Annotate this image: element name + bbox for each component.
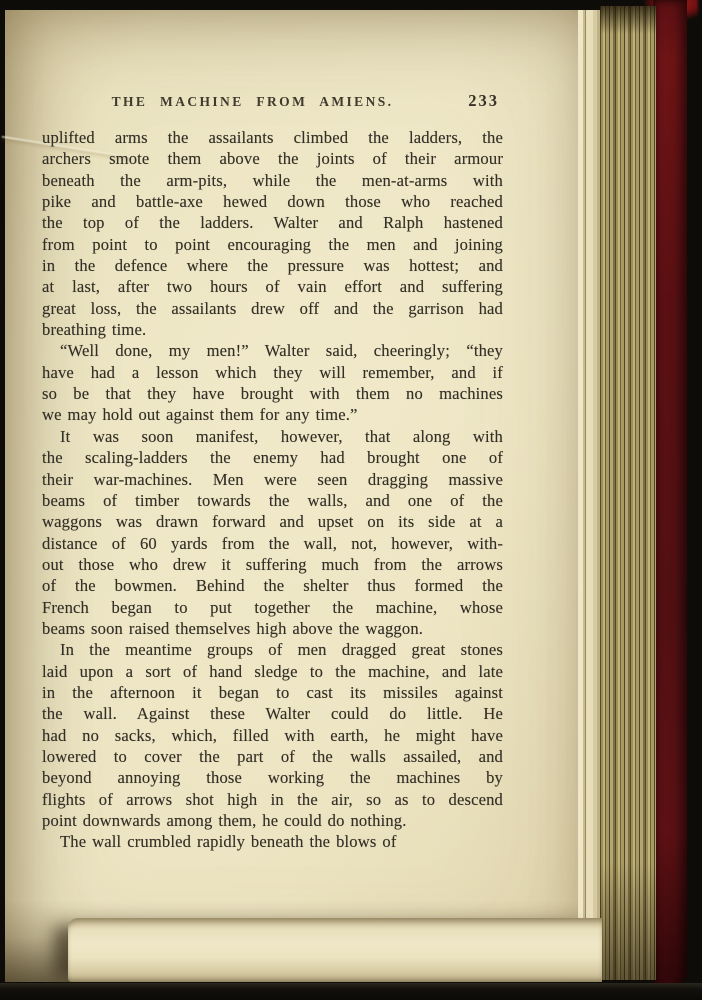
text-line: beyond annoying those working the machin…	[42, 767, 503, 788]
text-line: French began to put together the machine…	[42, 597, 503, 618]
text-line: flights of arrows shot high in the air, …	[42, 789, 503, 810]
text-line: the wall. Against these Walter could do …	[42, 703, 503, 724]
text-line: in the afternoon it began to cast its mi…	[42, 682, 503, 703]
text-line: in the defence where the pressure was ho…	[42, 255, 503, 276]
text-line: uplifted arms the assailants climbed the…	[42, 127, 503, 148]
text-line: The wall crumbled rapidly beneath the bl…	[42, 831, 503, 852]
page-body: uplifted arms the assailants climbed the…	[42, 127, 503, 853]
text-line: waggons was drawn forward and upset on i…	[42, 511, 503, 532]
page-edges-stack	[600, 6, 656, 980]
text-line: great loss, the assailants drew off and …	[42, 298, 503, 319]
protruding-bottom-sheet	[68, 918, 602, 982]
table-surface	[0, 983, 702, 1000]
page-number: 233	[468, 91, 499, 111]
text-line: “Well done, my men!” Walter said, cheeri…	[42, 340, 503, 361]
text-line: point downwards among them, he could do …	[42, 810, 503, 831]
running-header-title: THE MACHINE FROM AMIENS.	[42, 94, 463, 110]
text-line: we may hold out against them for any tim…	[42, 404, 503, 425]
under-page-edge	[578, 10, 600, 938]
page-header: THE MACHINE FROM AMIENS. 233	[42, 94, 503, 116]
text-line: beams of timber towards the walls, and o…	[42, 490, 503, 511]
text-line: had no sacks, which, filled with earth, …	[42, 725, 503, 746]
text-line: breathing time.	[42, 319, 503, 340]
text-line: the top of the ladders. Walter and Ralph…	[42, 212, 503, 233]
text-line: out those who drew it suffering much fro…	[42, 554, 503, 575]
text-line: of the bowmen. Behind the shelter thus f…	[42, 575, 503, 596]
text-line: their war-machines. Men were seen draggi…	[42, 469, 503, 490]
text-line: beneath the arm-pits, while the men-at-a…	[42, 170, 503, 191]
text-line: the scaling-ladders the enemy had brough…	[42, 447, 503, 468]
text-line: lowered to cover the part of the walls a…	[42, 746, 503, 767]
text-line: pike and battle-axe hewed down those who…	[42, 191, 503, 212]
text-line: beams soon raised themselves high above …	[42, 618, 503, 639]
text-line: have had a lesson which they will rememb…	[42, 362, 503, 383]
book-cover-edge	[653, 0, 687, 992]
scanned-book-photo: THE MACHINE FROM AMIENS. 233 uplifted ar…	[0, 0, 702, 1000]
text-line: so be that they have brought with them n…	[42, 383, 503, 404]
text-line: archers smote them above the joints of t…	[42, 148, 503, 169]
text-line: It was soon manifest, however, that alon…	[42, 426, 503, 447]
text-line: at last, after two hours of vain effort …	[42, 276, 503, 297]
text-line: In the meantime groups of men dragged gr…	[42, 639, 503, 660]
book-page: THE MACHINE FROM AMIENS. 233 uplifted ar…	[5, 10, 578, 982]
text-line: laid upon a sort of hand sledge to the m…	[42, 661, 503, 682]
text-line: from point to point encouraging the men …	[42, 234, 503, 255]
text-line: distance of 60 yards from the wall, not,…	[42, 533, 503, 554]
